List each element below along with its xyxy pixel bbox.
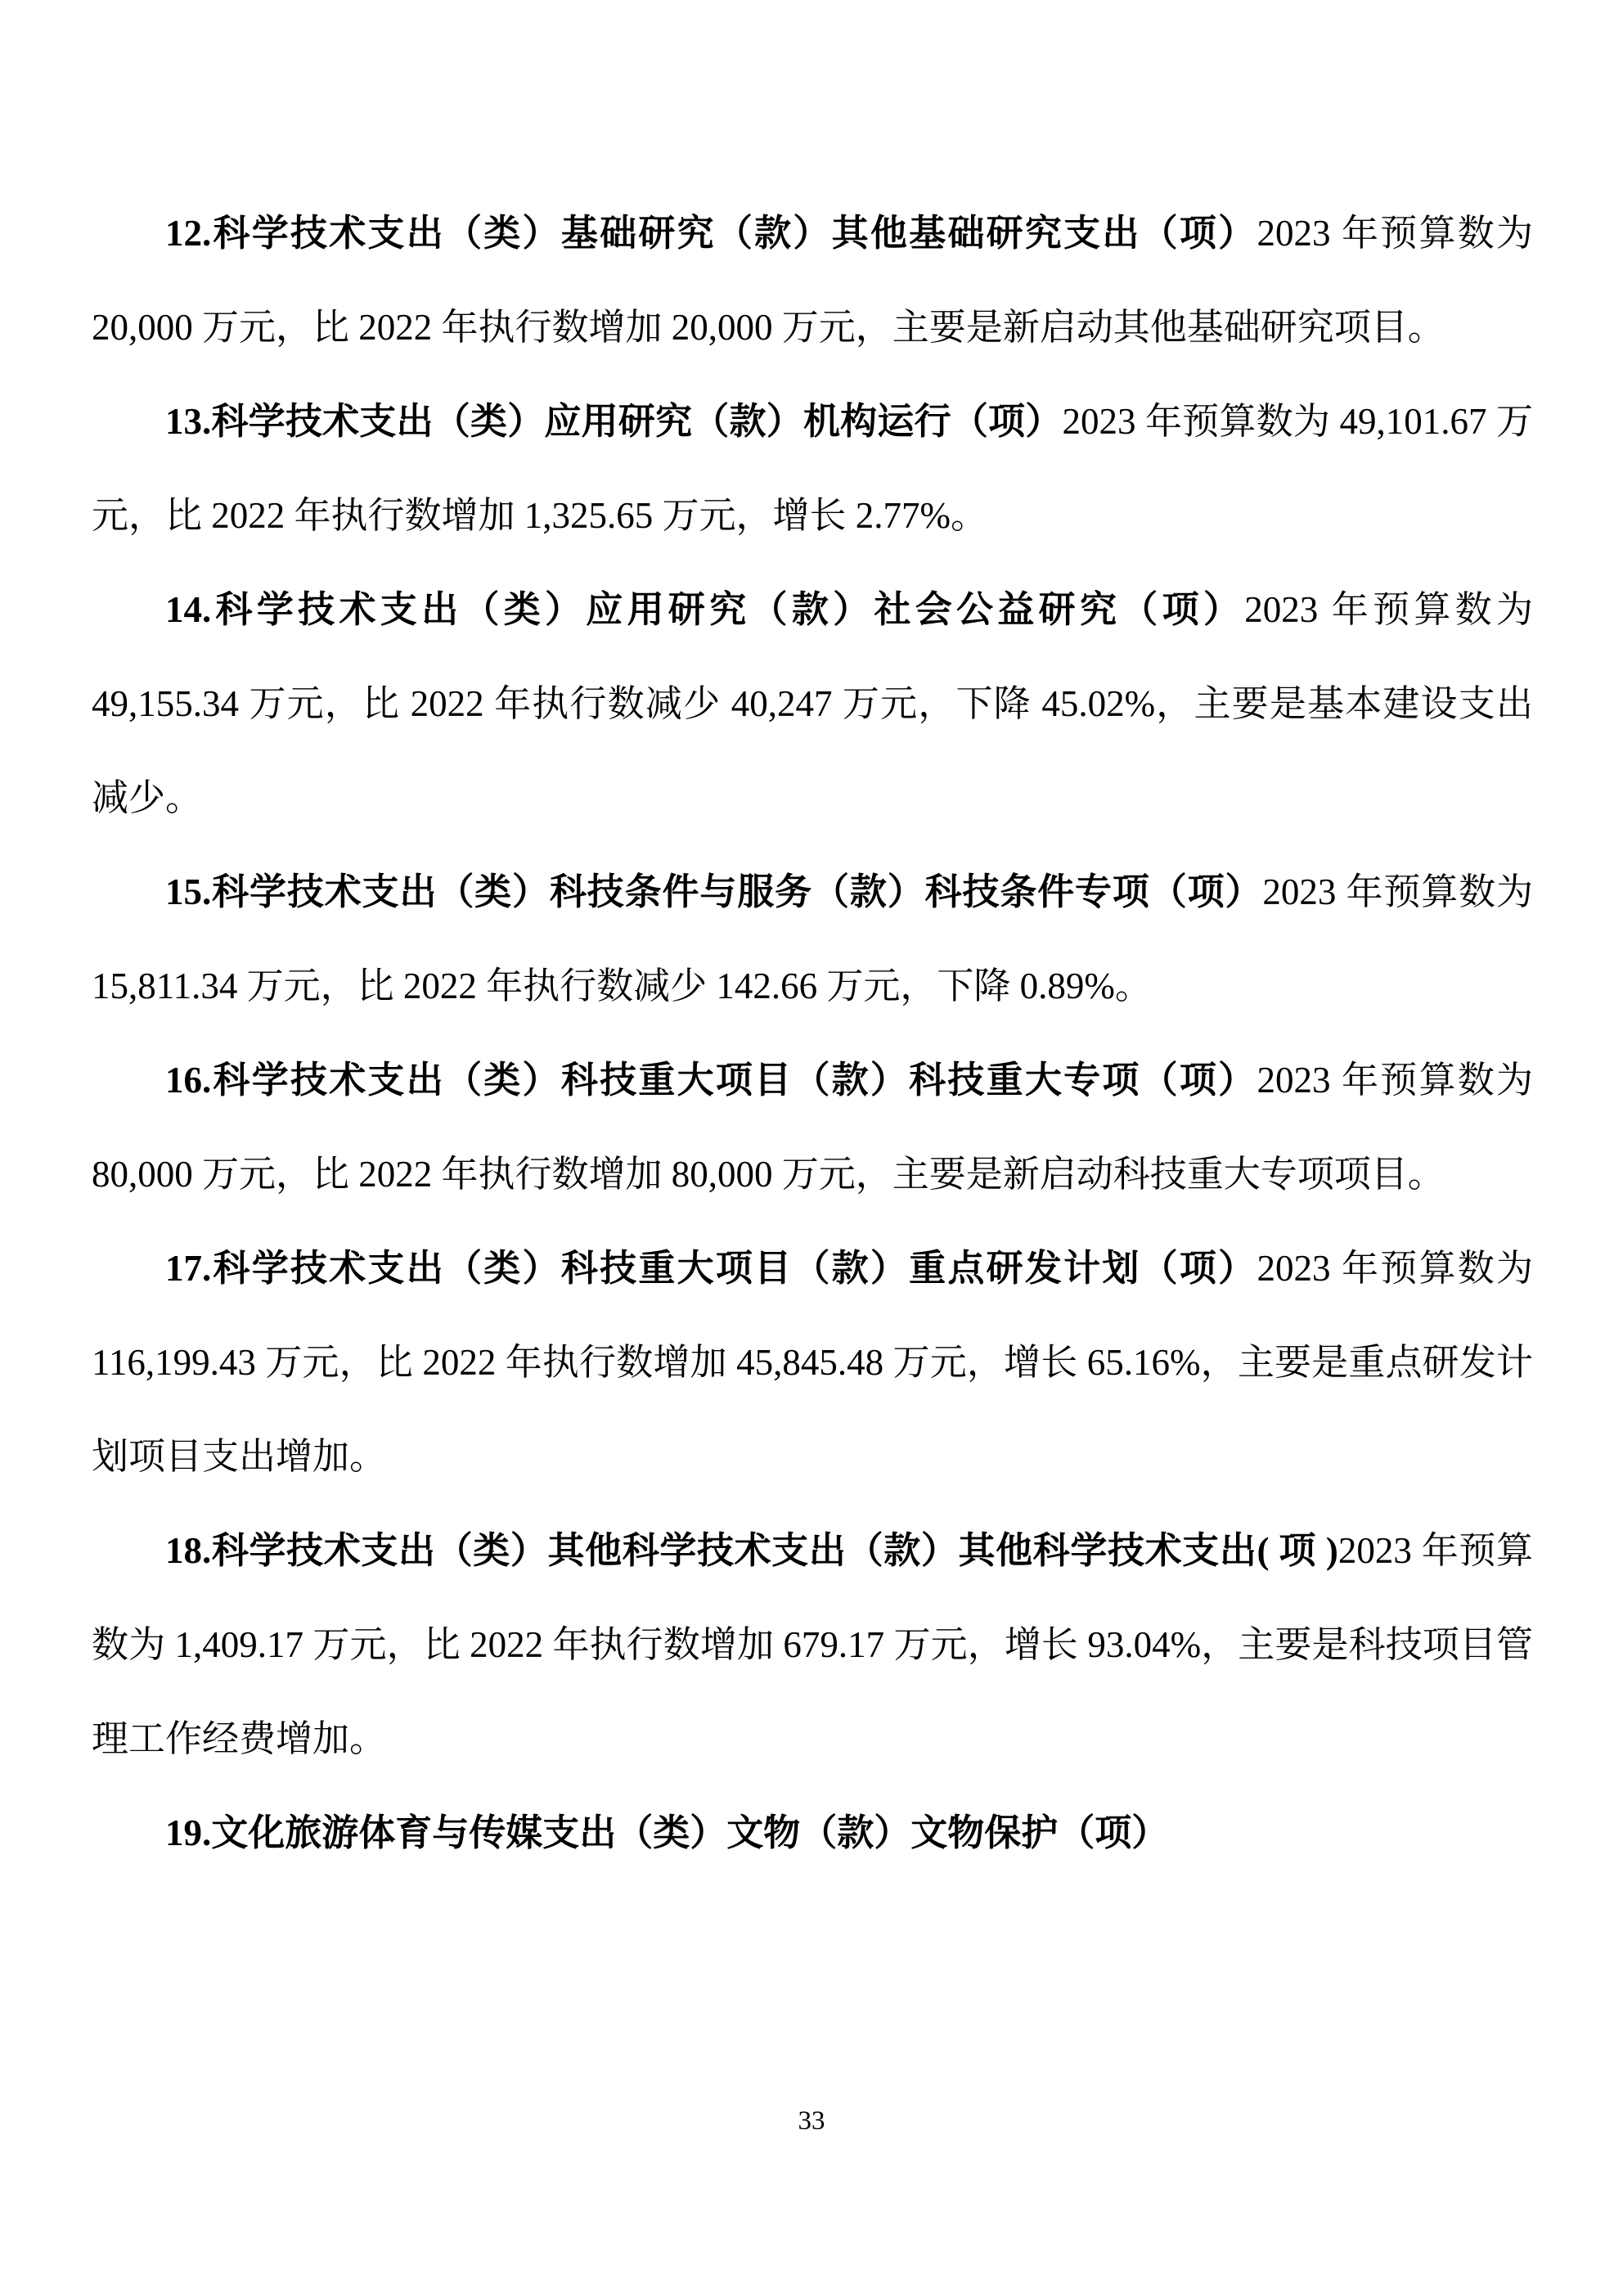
budget-item-18-title: 18.科学技术支出（类）其他科学技术支出（款）其他科学技术支出( 项 ) (165, 1530, 1338, 1571)
budget-item-12: 12.科学技术支出（类）基础研究（款）其他基础研究支出（项）2023 年预算数为… (92, 187, 1533, 375)
budget-item-19: 19.文化旅游体育与传媒支出（类）文物（款）文物保护（项） (92, 1786, 1533, 1880)
budget-item-19-title: 19.文化旅游体育与传媒支出（类）文物（款）文物保护（项） (165, 1812, 1168, 1853)
budget-item-15: 15.科学技术支出（类）科技条件与服务（款）科技条件专项（项）2023 年预算数… (92, 845, 1533, 1033)
budget-item-15-title: 15.科学技术支出（类）科技条件与服务（款）科技条件专项（项） (165, 871, 1262, 912)
budget-item-13: 13.科学技术支出（类）应用研究（款）机构运行（项）2023 年预算数为 49,… (92, 375, 1533, 563)
document-page: 12.科学技术支出（类）基础研究（款）其他基础研究支出（项）2023 年预算数为… (0, 0, 1623, 2296)
budget-item-17-title: 17.科学技术支出（类）科技重大项目（款）重点研发计划（项） (165, 1248, 1257, 1289)
budget-item-14: 14.科学技术支出（类）应用研究（款）社会公益研究（项）2023 年预算数为 4… (92, 563, 1533, 845)
page-number: 33 (0, 2105, 1623, 2137)
budget-item-12-title: 12.科学技术支出（类）基础研究（款）其他基础研究支出（项） (165, 213, 1257, 254)
budget-item-14-title: 14.科学技术支出（类）应用研究（款）社会公益研究（项） (165, 589, 1244, 630)
document-body: 12.科学技术支出（类）基础研究（款）其他基础研究支出（项）2023 年预算数为… (92, 187, 1533, 1880)
budget-item-17: 17.科学技术支出（类）科技重大项目（款）重点研发计划（项）2023 年预算数为… (92, 1222, 1533, 1504)
budget-item-16: 16.科学技术支出（类）科技重大项目（款）科技重大专项（项）2023 年预算数为… (92, 1033, 1533, 1222)
budget-item-18: 18.科学技术支出（类）其他科学技术支出（款）其他科学技术支出( 项 )2023… (92, 1504, 1533, 1786)
budget-item-13-title: 13.科学技术支出（类）应用研究（款）机构运行（项） (165, 401, 1062, 442)
budget-item-16-title: 16.科学技术支出（类）科技重大项目（款）科技重大专项（项） (165, 1060, 1257, 1101)
